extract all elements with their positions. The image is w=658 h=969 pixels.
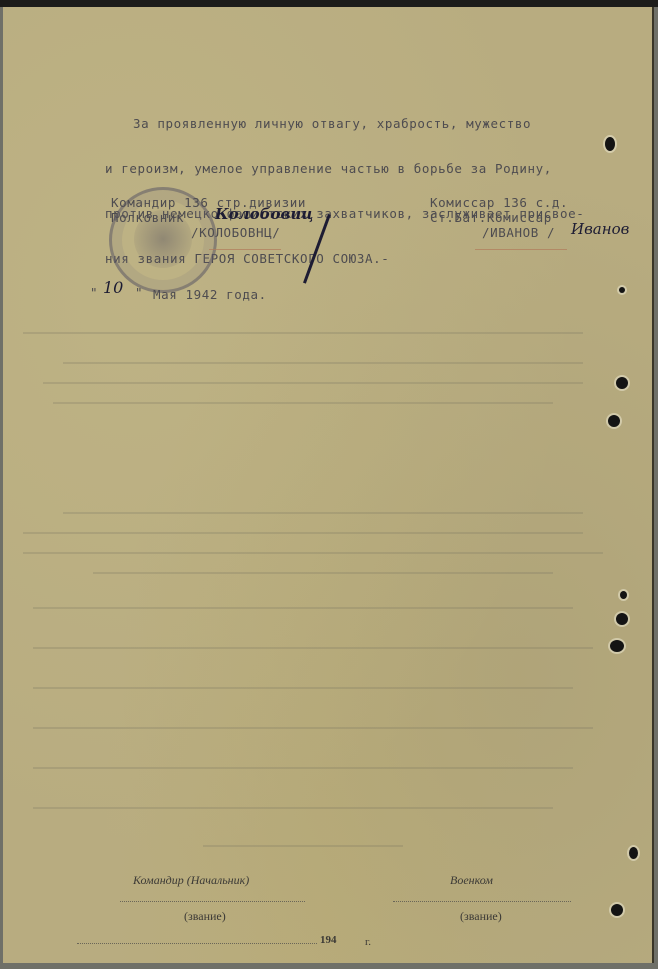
citation-line: и героизм, умелое управление частью в бо… xyxy=(105,161,584,176)
commissar-rank: Ст.Бат.Комиссар xyxy=(430,210,552,225)
bleed-through-line xyxy=(63,512,583,514)
year-suffix: г. xyxy=(365,936,371,948)
bleed-through-line xyxy=(203,845,403,847)
date-line xyxy=(77,943,317,944)
date-open-quote: " xyxy=(90,285,98,300)
bleed-through-line xyxy=(53,402,553,404)
bleed-through-line xyxy=(23,532,583,534)
bleed-through-line xyxy=(93,572,553,574)
punch-hole xyxy=(611,904,623,916)
commander-rank-label: (звание) xyxy=(184,909,226,924)
signature-underline xyxy=(209,249,281,250)
commissar-title: Комиссар 136 с.д. xyxy=(430,195,568,210)
punch-hole xyxy=(616,613,628,625)
commander-handwritten-signature: Колобовиц xyxy=(215,205,313,223)
commissar-handwritten-signature: Иванов xyxy=(571,220,629,238)
punch-hole xyxy=(610,640,624,652)
bleed-through-line xyxy=(33,647,593,649)
date-day-handwritten: 10 xyxy=(103,278,123,297)
commander-label: Командир (Начальник) xyxy=(133,873,249,888)
bleed-through-line xyxy=(43,382,583,384)
citation-line: За проявленную личную отвагу, храбрость,… xyxy=(107,116,584,131)
bleed-through-line xyxy=(23,552,603,554)
scan-top-edge xyxy=(0,0,658,7)
bleed-through-line xyxy=(33,807,553,809)
commander-rank-line xyxy=(120,901,305,902)
punch-hole xyxy=(629,847,638,859)
year-prefix: 194 xyxy=(320,934,337,946)
commissar-rank-line xyxy=(393,901,571,902)
commander-name: /КОЛОБОВНЦ/ xyxy=(191,225,280,240)
bleed-through-line xyxy=(33,607,573,609)
punch-hole xyxy=(605,137,615,151)
punch-hole xyxy=(620,591,627,599)
punch-hole xyxy=(608,415,620,427)
commissar-label: Военком xyxy=(450,873,493,888)
bleed-through-line xyxy=(23,332,583,334)
bleed-through-line xyxy=(33,767,573,769)
bleed-through-line xyxy=(33,687,573,689)
document-page: За проявленную личную отвагу, храбрость,… xyxy=(3,7,654,963)
commander-rank: Полковник xyxy=(111,210,184,225)
date-close-quote: " xyxy=(135,285,143,300)
date-text: Мая 1942 года. xyxy=(153,287,267,302)
commissar-name: /ИВАНОВ / xyxy=(482,225,555,240)
bleed-through-line xyxy=(33,727,593,729)
bleed-through-line xyxy=(63,362,583,364)
punch-hole xyxy=(619,287,625,293)
signature-underline xyxy=(475,249,567,250)
punch-hole xyxy=(616,377,628,389)
commissar-rank-label: (звание) xyxy=(460,909,502,924)
